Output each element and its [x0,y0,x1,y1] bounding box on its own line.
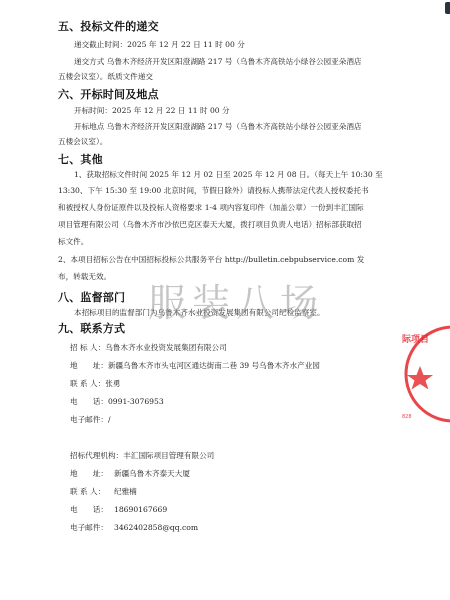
tenderer-contact-label: 联 系 人： [70,378,105,389]
agency-contact-row: 联 系 人：纪雅楠 [70,486,137,497]
tenderer-address-label: 地 址： [70,360,108,371]
agency-address: 新疆乌鲁木齐泰天大厦 [114,469,190,478]
document-page: 五、投标文件的递交 递交截止时间：2025 年 12 月 22 日 11 时 0… [0,0,450,600]
other-item-1-line-3: 和被授权人身份证原件以及投标人资格要求 1-4 项内容复印件（加盖公章）一份到丰… [58,203,364,213]
tenderer-email: / [108,415,111,424]
tenderer-name: 乌鲁木齐水业投资发展集团有限公司 [105,343,227,352]
agency-phone: 18690167669 [114,505,167,514]
tenderer-name-row: 招 标 人：乌鲁木齐水业投资发展集团有限公司 [70,342,227,353]
section-8-title: 八、监督部门 [58,289,125,305]
other-item-2: 2、本项目招标公告在中国招标投标公共服务平台 http://bulletin.c… [58,255,364,265]
agency-email-row: 电子邮件：3462402858@qq.com [70,522,198,533]
section-6-title: 六、开标时间及地点 [58,86,159,102]
agency-email-label: 电子邮件： [70,522,114,533]
other-item-1-line-4: 项目管理有限公司（乌鲁木齐市沙依巴克区泰天大厦，拨打项目负责人电话）招标部获取招 [58,220,362,230]
agency-phone-row: 电 话：18690167669 [70,504,167,515]
tenderer-address: 新疆乌鲁木齐市头屯河区通达街南二巷 39 号乌鲁木齐水产业园 [108,361,320,370]
section-7-title: 七、其他 [58,151,103,167]
supervision-text: 本招标项目的监督部门为乌鲁木齐水业投资发展集团有限公司纪检监察室。 [74,308,325,318]
agency-email: 3462402858@qq.com [114,523,198,532]
tenderer-phone: 0991-3076953 [108,397,164,406]
watermark: 服装八场 [148,272,324,327]
submission-deadline: 递交截止时间：2025 年 12 月 22 日 11 时 00 分 [74,40,245,50]
submission-method: 递交方式 乌鲁木齐经济开发区阳澄湖路 217 号（乌鲁木齐高铁站小绿谷公园亚朵酒… [74,57,362,67]
agency-name: 丰汇国际项目管理有限公司 [123,451,214,460]
tenderer-phone-row: 电 话：0991-3076953 [70,396,164,407]
other-item-1-line-2: 13:30、下午 15:30 至 19:00 北京时间，节假日除外）请投标人携带… [58,186,369,196]
agency-address-row: 地 址：新疆乌鲁木齐泰天大厦 [70,468,190,479]
agency-contact: 纪雅楠 [114,487,137,496]
tenderer-email-label: 电子邮件： [70,414,108,425]
bid-opening-place-cont: 五楼会议室）。 [58,137,107,147]
tenderer-contact: 张勇 [105,379,120,388]
other-item-1-line-5: 标文件。 [58,237,88,247]
agency-name-row: 招标代理机构：丰汇国际项目管理有限公司 [70,450,214,461]
agency-name-label: 招标代理机构： [70,450,123,461]
corner-tab-icon [445,2,450,14]
other-item-1: 1、获取招标文件时间 2025 年 12 月 02 日至 2025 年 12 月… [74,170,383,180]
svg-text:际项目: 际项目 [402,333,429,345]
section-5-title: 五、投标文件的递交 [58,18,159,34]
bid-opening-time: 开标时间：2025 年 12 月 22 日 11 时 00 分 [74,106,230,116]
tenderer-email-row: 电子邮件：/ [70,414,111,425]
other-item-2-line-2: 布，转载无效。 [58,272,111,282]
submission-method-cont: 五楼会议室）。纸质文件递交 [58,72,153,82]
section-9-title: 九、联系方式 [58,320,125,336]
agency-phone-label: 电 话： [70,504,114,515]
agency-address-label: 地 址： [70,468,114,479]
tenderer-contact-row: 联 系 人：张勇 [70,378,120,389]
tenderer-name-label: 招 标 人： [70,342,105,353]
tenderer-address-row: 地 址：新疆乌鲁木齐市头屯河区通达街南二巷 39 号乌鲁木齐水产业园 [70,360,320,371]
tenderer-phone-label: 电 话： [70,396,108,407]
bid-opening-place: 开标地点 乌鲁木齐经济开发区阳澄湖路 217 号（乌鲁木齐高铁站小绿谷公园亚朵酒… [74,122,362,132]
agency-contact-label: 联 系 人： [70,486,114,497]
svg-text:828: 828 [402,414,412,420]
company-seal-icon: 际项目 828 [398,322,450,426]
